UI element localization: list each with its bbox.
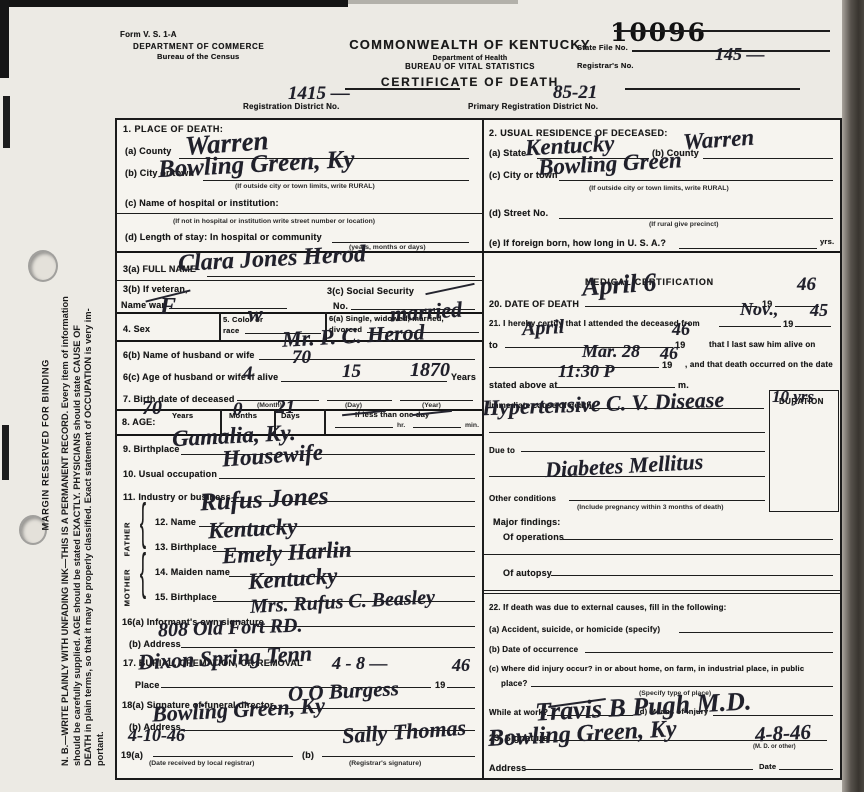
cell-divider: [219, 312, 221, 340]
hw-time-of-death: 11:30 P: [558, 361, 615, 382]
margin-line: N. B.—WRITE PLAINLY WITH UNFADING INK—TH…: [60, 146, 72, 766]
autopsy-label: Of autopsy: [503, 568, 552, 578]
section-rule: [484, 590, 840, 591]
birthdate-label: 7. Birth date of deceased: [123, 394, 235, 404]
writing-line: [569, 486, 765, 501]
other-conditions-label: Other conditions: [489, 494, 556, 503]
phys-date-label: Date: [759, 763, 776, 772]
burial-place-label: Place: [135, 680, 160, 690]
writing-line: [563, 526, 833, 540]
phys-addr-label: Address: [489, 763, 526, 773]
hw-birth-month: 4: [243, 363, 253, 385]
mother-group-label: MOTHER: [124, 556, 133, 606]
form-number: Form V. S. 1-A: [120, 30, 177, 39]
writing-line: [585, 639, 833, 653]
hw-res-county: Warren: [682, 125, 755, 156]
state-file-number: 10096: [610, 18, 707, 47]
mother-bp-label: 15. Birthplace: [155, 592, 217, 602]
writing-line: [679, 619, 833, 633]
scan-edge-top: [0, 0, 348, 7]
hw-duration: 10 yrs: [772, 387, 814, 407]
mother-bracket: {: [140, 545, 146, 604]
scan-mark: [2, 425, 9, 480]
hw-dod-year: 46: [797, 274, 816, 296]
writing-line: [400, 388, 473, 401]
major-findings-label: Major findings:: [493, 517, 561, 527]
writing-line: [169, 296, 287, 309]
occupation-label: 10. Usual occupation: [123, 469, 217, 479]
year-caption: (Year): [422, 402, 441, 409]
death-certificate-scan: N. B.—WRITE PLAINLY WITH UNFADING INK—TH…: [0, 0, 864, 792]
margin-line: should be carefully supplied. AGE should…: [72, 146, 84, 766]
writing-line: [551, 562, 833, 576]
pod-street-note: (If not in hospital or institution write…: [173, 218, 375, 225]
veteran-war-label: Name war: [121, 300, 165, 310]
section-rule: [484, 593, 840, 594]
writing-line: [614, 30, 830, 32]
registrar-no-value: 145 —: [715, 44, 765, 65]
hw-sex: F: [160, 294, 176, 321]
registrar-row-label: 19(a): [121, 750, 143, 760]
hw-attended-to: April: [521, 316, 564, 341]
mother-name-label: 14. Maiden name: [155, 567, 230, 577]
writing-line: [531, 673, 833, 687]
dod-label: 20. DATE OF DEATH: [489, 299, 579, 309]
scan-edge-left: [0, 0, 9, 78]
operations-label: Of operations: [503, 532, 564, 542]
registrar-b-label: (b): [302, 750, 314, 760]
reg-district-value: 1415 —: [288, 83, 350, 105]
writing-line: [447, 674, 475, 688]
pod-stay-label: (d) Length of stay: In hospital or commu…: [125, 232, 322, 242]
sex-label: 4. Sex: [123, 324, 150, 334]
father-name-label: 12. Name: [155, 517, 196, 527]
min-label: min.: [465, 422, 479, 429]
writing-line: [679, 234, 817, 249]
hw-birth-year: 1870: [410, 359, 450, 382]
hw-last-alive: Mar. 28: [582, 341, 640, 362]
margin-line: portant.: [95, 146, 107, 766]
hw-alive-year: 46: [660, 343, 678, 364]
section-rule: [117, 280, 482, 281]
hw-attended-from: Nov.,: [740, 299, 778, 320]
day-caption: (Day): [345, 402, 362, 409]
dept-commerce: DEPARTMENT OF COMMERCE: [133, 42, 264, 51]
external-causes-label: 22. If death was due to external causes,…: [489, 603, 727, 612]
scan-edge-right: [842, 0, 864, 792]
pod-hospital-label: (c) Name of hospital or institution:: [125, 198, 279, 208]
writing-line: [521, 438, 765, 452]
writing-line: [559, 204, 833, 219]
res-foreign-label: (e) If foreign born, how long in U. S. A…: [489, 238, 666, 248]
ssn-label: 3(c) Social Security: [327, 286, 414, 296]
cell-divider: [324, 409, 326, 434]
writing-line: [779, 754, 833, 770]
duration-box: [769, 390, 839, 512]
hw-received-date: 4-10-46: [128, 725, 185, 746]
hw-spouse-age: 70: [292, 347, 311, 369]
accident-label: (a) Accident, suicide, or homicide (spec…: [489, 625, 660, 634]
due-to-label: Due to: [489, 446, 515, 455]
hw-birth-day: 15: [342, 361, 361, 383]
hw-burial-year: 46: [452, 655, 470, 676]
burial-19-label: 19: [435, 680, 445, 690]
margin-instructions: N. B.—WRITE PLAINLY WITH UNFADING INK—TH…: [60, 146, 108, 766]
hw-to-year: 46: [672, 319, 690, 340]
pod-city-note: (If outside city or town limits, write R…: [235, 183, 375, 190]
writing-line: [525, 754, 753, 770]
age-years-caption: Years: [172, 412, 193, 421]
recv-caption: (Date received by local registrar): [149, 760, 254, 767]
from-19: 19: [783, 319, 793, 329]
margin-line: DEATH in plain terms, so that it may be …: [83, 146, 95, 766]
registrar-no-label: Registrar's No.: [577, 62, 634, 71]
bureau-vital-statistics: BUREAU OF VITAL STATISTICS: [320, 63, 620, 72]
res-street-label: (d) Street No.: [489, 208, 548, 218]
writing-line: [327, 388, 392, 401]
hw-age-days: 21: [276, 397, 295, 419]
primary-district-value: 85-21: [553, 82, 597, 104]
column-divider: [482, 120, 484, 778]
res-foreign-suffix: yrs.: [820, 238, 834, 247]
to-label: to: [489, 340, 498, 350]
registrar-sig-caption: (Registrar's signature): [349, 760, 421, 767]
spouse-age-label: 6(c) Age of husband or wife if alive: [123, 372, 278, 382]
writing-line: [413, 417, 461, 428]
margin-binding-note: MARGIN RESERVED FOR BINDING: [41, 261, 54, 531]
husband-label: 6(b) Name of husband or wife: [123, 350, 255, 360]
writing-line: [625, 88, 800, 90]
res-city-note: (If outside city or town limits, write R…: [589, 185, 729, 192]
injury-place-label: place?: [501, 679, 528, 688]
scan-mark: [3, 96, 10, 148]
hr-label: hr.: [397, 422, 405, 429]
hw-date-of-death: April 6: [581, 267, 657, 302]
father-group-label: FATHER: [124, 506, 133, 556]
res-street-note: (If rural give precinct): [649, 221, 719, 228]
certify-line3: , and that death occurred on the date: [685, 360, 833, 369]
scan-smear: [348, 0, 518, 4]
writing-line: [345, 88, 460, 90]
section-rule: [117, 213, 482, 214]
father-bp-label: 13. Birthplace: [155, 542, 217, 552]
ssn-no-label: No.: [333, 301, 348, 311]
years-suffix: Years: [451, 372, 476, 382]
bureau-census: Bureau of the Census: [157, 53, 239, 62]
res-state-label: (a) State: [489, 148, 526, 158]
hw-certificate-date: 4-8-46: [754, 720, 811, 748]
other-conditions-note: (Include pregnancy within 3 months of de…: [577, 504, 724, 511]
hw-from-year: 45: [810, 300, 828, 321]
writing-line: [335, 417, 393, 428]
hw-age-months: 0: [233, 399, 243, 421]
hw-race: w: [248, 301, 263, 327]
birthplace-label: 9. Birthplace: [123, 444, 180, 454]
commonwealth-title: COMMONWEALTH OF KENTUCKY: [320, 38, 620, 53]
hw-age-years: 70: [142, 397, 162, 420]
section-rule: [484, 554, 840, 555]
certify-line2: that I last saw him alive on: [709, 340, 816, 349]
race-label2: race: [223, 327, 239, 336]
hw-burial-date: 4 - 8 —: [332, 653, 388, 674]
stated-above-label: stated above at: [489, 380, 558, 390]
occurrence-label: (b) Date of occurrence: [489, 645, 578, 654]
